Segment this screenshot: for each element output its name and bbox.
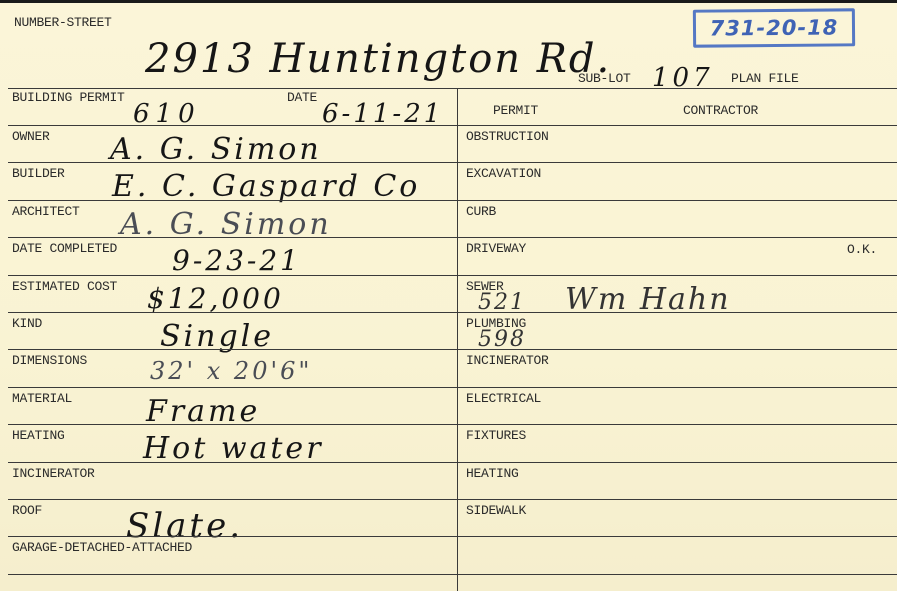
permit-label-obstruction: OBSTRUCTION (466, 130, 549, 143)
field-label-kind: KIND (12, 317, 42, 330)
field-label-material: MATERIAL (12, 392, 72, 405)
field-value-material: Frame (146, 397, 260, 427)
field-label-incinerator: INCINERATOR (12, 467, 95, 480)
field-label-architect: ARCHITECT (12, 205, 80, 218)
row-divider (457, 499, 897, 500)
permit-label-incinerator: INCINERATOR (466, 354, 549, 367)
field-label-heating: HEATING (12, 429, 65, 442)
contractor-column-header: CONTRACTOR (683, 104, 758, 117)
permit-number-sewer: 521 (478, 292, 526, 314)
field-value-heating: Hot water (143, 434, 324, 464)
row-divider (457, 125, 897, 126)
row-divider (8, 574, 457, 575)
row-divider (457, 536, 897, 537)
permit-number-plumbing: 598 (478, 329, 526, 351)
field-label-builder: BUILDER (12, 167, 65, 180)
row-divider (457, 237, 897, 238)
field-value-builder: E. C. Gaspard Co (112, 172, 420, 202)
permit-column-header: PERMIT (493, 104, 538, 117)
row-divider (457, 462, 897, 463)
row-divider (8, 237, 457, 238)
row-divider (457, 387, 897, 388)
row-divider (8, 536, 457, 537)
number-street-value: 2913 Huntington Rd. (145, 39, 611, 79)
plan-file-label: PLAN FILE (731, 72, 799, 85)
permit-label-heating: HEATING (466, 467, 519, 480)
note-driveway: O.K. (847, 243, 877, 256)
field-value-roof: Slate. (126, 509, 243, 543)
date-value: 6-11-21 (322, 101, 443, 127)
permit-label-excavation: EXCAVATION (466, 167, 541, 180)
permit-label-electrical: ELECTRICAL (466, 392, 541, 405)
field-label-garage-detached-attached: GARAGE-DETACHED-ATTACHED (12, 541, 192, 554)
field-value-estimated-cost: $12,000 (147, 285, 284, 313)
row-divider (8, 387, 457, 388)
field-label-dimensions: DIMENSIONS (12, 354, 87, 367)
sub-lot-label: SUB-LOT (578, 72, 631, 85)
row-divider (8, 424, 457, 425)
date-label: DATE (287, 91, 317, 104)
row-divider (457, 574, 897, 575)
row-divider (8, 200, 457, 201)
field-value-architect: A. G. Simon (120, 210, 332, 240)
field-label-roof: ROOF (12, 504, 42, 517)
row-divider (457, 349, 897, 350)
building-permit-label: BUILDING PERMIT (12, 91, 125, 104)
permit-label-driveway: DRIVEWAY (466, 242, 526, 255)
building-permit-card: 731-20-18 NUMBER-STREET 2913 Huntington … (0, 3, 897, 591)
field-value-dimensions: 32' x 20'6" (150, 359, 312, 383)
contractor-sewer: Wm Hahn (565, 285, 731, 315)
column-divider (457, 88, 458, 591)
row-divider (457, 200, 897, 201)
field-label-estimated-cost: ESTIMATED COST (12, 280, 117, 293)
row-divider (457, 275, 897, 276)
file-number-stamp: 731-20-18 (693, 8, 855, 47)
divider (8, 88, 897, 89)
row-divider (8, 499, 457, 500)
row-divider (457, 162, 897, 163)
row-divider (8, 162, 457, 163)
row-divider (8, 275, 457, 276)
row-divider (8, 312, 457, 313)
permit-label-fixtures: FIXTURES (466, 429, 526, 442)
permit-label-sidewalk: SIDEWALK (466, 504, 526, 517)
building-permit-value: 610 (133, 101, 201, 127)
field-label-date-completed: DATE COMPLETED (12, 242, 117, 255)
permit-label-curb: CURB (466, 205, 496, 218)
row-divider (8, 125, 457, 126)
field-value-owner: A. G. Simon (110, 135, 322, 165)
row-divider (457, 424, 897, 425)
field-value-date-completed: 9-23-21 (172, 247, 301, 275)
field-value-kind: Single (160, 322, 274, 352)
field-label-owner: OWNER (12, 130, 50, 143)
number-street-label: NUMBER-STREET (14, 16, 112, 29)
row-divider (8, 462, 457, 463)
row-divider (8, 349, 457, 350)
row-divider (457, 312, 897, 313)
